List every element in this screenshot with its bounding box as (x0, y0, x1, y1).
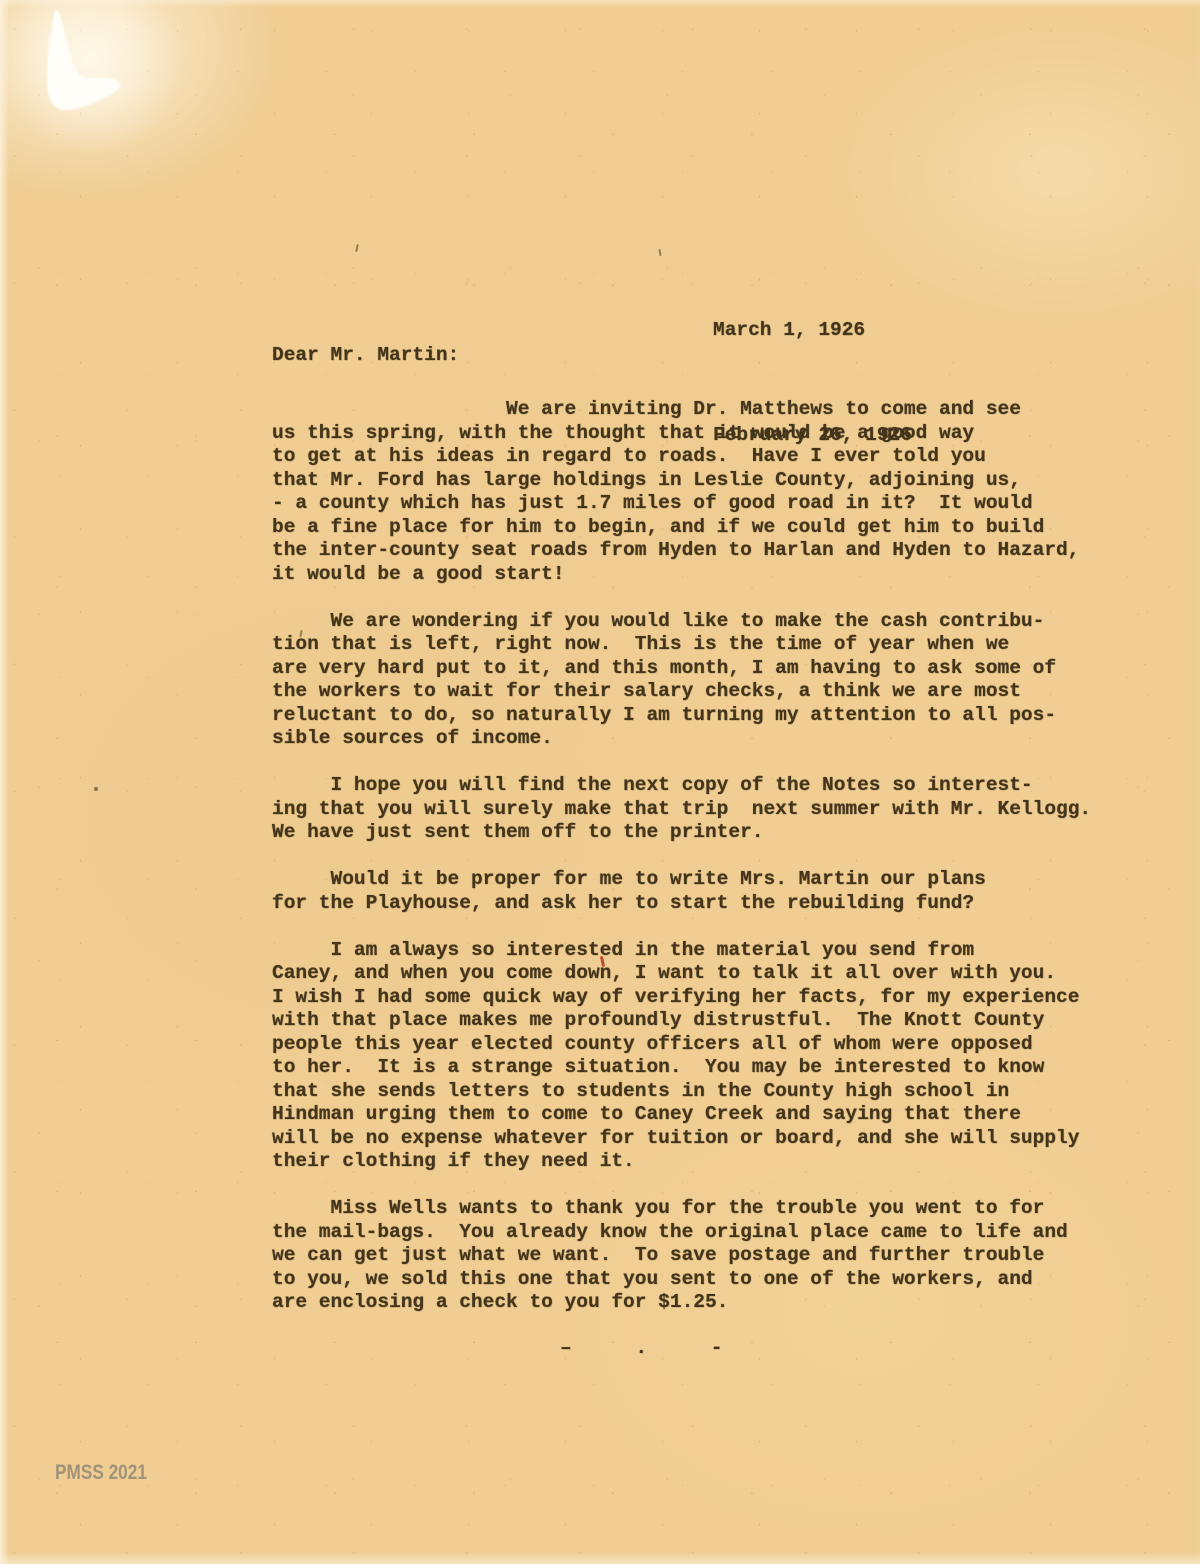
closing-marks: – . - (560, 1337, 723, 1361)
paragraph-notes-printer: I hope you will find the next copy of th… (272, 774, 1117, 845)
paragraph-mrs-martin: Would it be proper for me to write Mrs. … (272, 868, 1117, 915)
salutation: Dear Mr. Martin: (272, 344, 459, 368)
scanned-letter-page: March 1, 1926 February 26, 1926 Dear Mr.… (0, 0, 1200, 1564)
watermark: PMSS 2021 (55, 1461, 147, 1485)
paragraph-cash-contribution: We are wondering if you would like to ma… (272, 610, 1117, 751)
letter-body: We are inviting Dr. Matthews to come and… (272, 398, 1117, 1338)
paragraph-caney: I am always so interested in the materia… (272, 939, 1117, 1174)
stray-ink-mark (659, 249, 662, 256)
paragraph-miss-wells: Miss Wells wants to thank you for the tr… (272, 1197, 1117, 1315)
date-line-1: March 1, 1926 (713, 313, 912, 348)
stray-ink-mark (355, 244, 359, 252)
stray-ink-dot (94, 787, 98, 791)
paper-tear-mark (30, 4, 140, 124)
paragraph-roads: We are inviting Dr. Matthews to come and… (272, 398, 1117, 586)
